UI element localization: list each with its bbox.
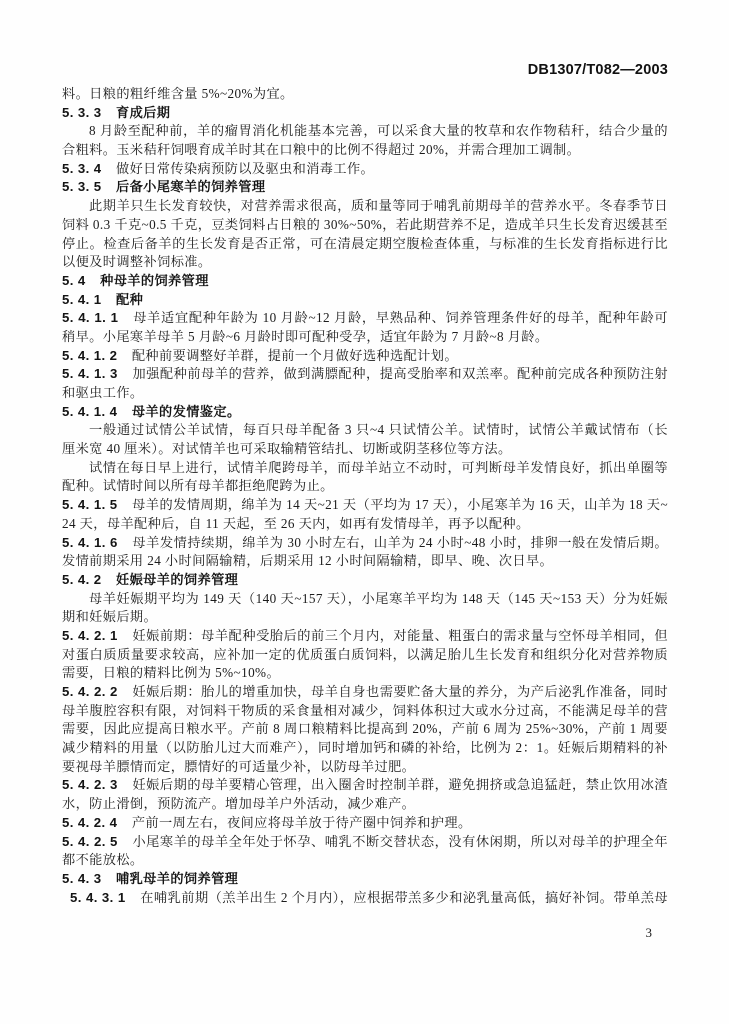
clause-number: 5. 4. 2. 5 [62, 834, 118, 849]
clause-number: 5. 4. 1. 1 [62, 310, 118, 325]
line-text: 母羊的发情鉴定。 [132, 404, 241, 419]
text-line: 5. 4. 2. 5小尾寒羊的母羊全年处于怀孕、哺乳不断交替状态，没有休闲期，所… [62, 833, 668, 852]
line-text: 此期羊只生长发育较快，对营养需求很高，质和量等同于哺乳前期母羊的营养水平。冬春季… [89, 198, 668, 216]
text-line: 5. 3. 3育成后期 [62, 104, 668, 123]
text-line: 5. 3. 4做好日常传染病预防以及驱虫和消毒工作。 [62, 160, 668, 179]
text-line: 5. 4. 3. 1在哺乳前期（羔羊出生 2 个月内），应根据带羔多少和泌乳量高… [62, 889, 668, 908]
clause-number: 5. 4. 1. 3 [62, 366, 118, 381]
line-text: 和驱虫工作。 [62, 385, 144, 400]
line-text: 产前一周左右，夜间应将母羊放于待产圈中饲养和护理。 [132, 815, 472, 830]
text-line: 饲料 0.3 千克~0.5 千克，豆类饲料占日粮的 30%~50%，若此期营养不… [62, 216, 668, 235]
clause-number: 5. 3. 4 [62, 161, 101, 176]
text-line: 5. 4. 2. 1妊娠前期：母羊配种受胎后的前三个月内，对能量、粗蛋白的需求量… [62, 627, 668, 646]
line-text: 妊娠母羊的饲养管理 [116, 572, 238, 587]
line-text: 在哺乳前期（羔羊出生 2 个月内），应根据带羔多少和泌乳量高低，搞好补饲。带单羔… [140, 890, 668, 905]
standard-number-header: DB1307/T082—2003 [528, 62, 668, 78]
text-line: 配种。试情时间以所有母羊都拒绝爬跨为止。 [62, 477, 668, 496]
clause-number: 5. 4. 1. 5 [62, 497, 118, 512]
clause-number: 5. 4. 1. 6 [62, 535, 118, 550]
clause-number: 5. 4 [62, 273, 86, 288]
clause-number: 5. 4. 2. 4 [62, 815, 117, 830]
text-line: 一般通过试情公羊试情，每百只母羊配备 3 只~4 只试情公羊。试情时，试情公羊戴… [62, 421, 668, 440]
text-line: 5. 4. 2妊娠母羊的饲养管理 [62, 571, 668, 590]
text-line: 5. 4. 1. 2配种前要调整好羊群，提前一个月做好选种选配计划。 [62, 347, 668, 366]
text-line: 厘米宽 40 厘米）。对试情羊也可采取输精管结扎、切断或阴茎移位等方法。 [62, 440, 668, 459]
line-text: 配种前要调整好羊群，提前一个月做好选种选配计划。 [132, 348, 458, 363]
text-line: 料。日粮的粗纤维含量 5%~20%为宜。 [62, 85, 668, 104]
line-text: 水，防止滑倒，预防流产。增加母羊户外活动，减少难产。 [62, 796, 415, 811]
text-line: 8 月龄至配种前，羊的瘤胃消化机能基本完善，可以采食大量的牧草和农作物秸秆，结合… [62, 122, 668, 141]
clause-number: 5. 4. 3. 1 [70, 890, 126, 905]
text-line: 5. 3. 5后备小尾寒羊的饲养管理 [62, 178, 668, 197]
page-number: 3 [646, 925, 653, 941]
text-line: 5. 4. 1. 1母羊适宜配种年龄为 10 月龄~12 月龄，早熟品种、饲养管… [62, 309, 668, 328]
text-line: 5. 4. 1. 5母羊的发情周期，绵羊为 14 天~21 天（平均为 17 天… [62, 496, 668, 515]
clause-number: 5. 4. 2. 3 [62, 777, 118, 792]
text-line: 需要，日粮的精料比例为 5%~10%。 [62, 664, 668, 683]
text-line: 5. 4. 1配种 [62, 291, 668, 310]
text-line: 5. 4. 2. 4产前一周左右，夜间应将母羊放于待产圈中饲养和护理。 [62, 814, 668, 833]
line-text: 母羊的发情周期，绵羊为 14 天~21 天（平均为 17 天），小尾寒羊为 16… [132, 497, 668, 512]
line-text: 24 天，母羊配种后，自 11 天起，至 26 天内，如再有发情母羊，再予以配种… [62, 516, 530, 531]
line-text: 配种 [116, 292, 143, 307]
text-line: 5. 4. 2. 3妊娠后期的母羊要精心管理，出入圈舍时控制羊群，避免拥挤或急追… [62, 776, 668, 795]
clause-number: 5. 3. 5 [62, 179, 101, 194]
line-text: 需要，因此应提高日粮水平。产前 8 周口粮精料比提高到 20%，产前 6 周为 … [62, 721, 668, 739]
line-text: 减少精料的用量（以防胎儿过大而难产），同时增加钙和磷的补给，比例为 2：1。妊娠… [62, 740, 668, 758]
line-text: 试情在每日早上进行，试情羊爬跨母羊，而母羊站立不动时，可判断母羊发情良好，抓出单… [89, 460, 668, 478]
text-line: 5. 4. 1. 4母羊的发情鉴定。 [62, 403, 668, 422]
clause-number: 5. 3. 3 [62, 105, 101, 120]
line-text: 稍早。小尾寒羊母羊 5 月龄~6 月龄时即可配种受孕，适宜年龄为 7 月龄~8 … [62, 329, 548, 344]
line-text: 母羊适宜配种年龄为 10 月龄~12 月龄，早熟品种、饲养管理条件好的母羊，配种… [133, 310, 668, 325]
text-line: 对蛋白质质量要求较高，应补加一定的优质蛋白质饲料，以满足胎儿生长发育和组织分化对… [62, 646, 668, 665]
line-text: 母羊妊娠期平均为 149 天（140 天~157 天），小尾寒羊平均为 148 … [89, 591, 668, 609]
text-line: 试情在每日早上进行，试情羊爬跨母羊，而母羊站立不动时，可判断母羊发情良好，抓出单… [62, 459, 668, 478]
clause-number: 5. 4. 1. 4 [62, 404, 117, 419]
line-text: 需要，日粮的精料比例为 5%~10%。 [62, 665, 280, 680]
line-text: 做好日常传染病预防以及驱虫和消毒工作。 [116, 161, 374, 176]
text-line: 都不能放松。 [62, 851, 668, 870]
line-text: 小尾寒羊的母羊全年处于怀孕、哺乳不断交替状态，没有休闲期，所以对母羊的护理全年 [132, 834, 668, 849]
line-text: 8 月龄至配种前，羊的瘤胃消化机能基本完善，可以采食大量的牧草和农作物秸秆，结合… [89, 123, 668, 141]
text-line: 母羊腹腔容积有限，对饲料干物质的采食量相对减少，饲料体积过大或水分过高，不能满足… [62, 702, 668, 721]
line-text: 期和妊娠后期。 [62, 609, 157, 624]
text-line: 此期羊只生长发育较快，对营养需求很高，质和量等同于哺乳前期母羊的营养水平。冬春季… [62, 197, 668, 216]
line-text: 发情前期采用 24 小时间隔输精，后期采用 12 小时间隔输精，即早、晚、次日早… [62, 553, 553, 568]
line-text: 厘米宽 40 厘米）。对试情羊也可采取输精管结扎、切断或阴茎移位等方法。 [62, 441, 512, 456]
text-line: 和驱虫工作。 [62, 384, 668, 403]
clause-number: 5. 4. 2 [62, 572, 101, 587]
line-text: 饲料 0.3 千克~0.5 千克，豆类饲料占日粮的 30%~50%，若此期营养不… [62, 217, 668, 232]
text-line: 需要，因此应提高日粮水平。产前 8 周口粮精料比提高到 20%，产前 6 周为 … [62, 720, 668, 739]
document-page: DB1307/T082—2003 料。日粮的粗纤维含量 5%~20%为宜。5. … [0, 0, 729, 1024]
text-line: 5. 4. 1. 6母羊发情持续期，绵羊为 30 小时左右，山羊为 24 小时~… [62, 534, 668, 553]
text-line: 稍早。小尾寒羊母羊 5 月龄~6 月龄时即可配种受孕，适宜年龄为 7 月龄~8 … [62, 328, 668, 347]
text-line: 发情前期采用 24 小时间隔输精，后期采用 12 小时间隔输精，即早、晚、次日早… [62, 552, 668, 571]
clause-number: 5. 4. 1. 2 [62, 348, 117, 363]
text-line: 水，防止滑倒，预防流产。增加母羊户外活动，减少难产。 [62, 795, 668, 814]
line-text: 种母羊的饲养管理 [100, 273, 209, 288]
document-body: 料。日粮的粗纤维含量 5%~20%为宜。5. 3. 3育成后期8 月龄至配种前，… [62, 85, 668, 907]
text-line: 减少精料的用量（以防胎儿过大而难产），同时增加钙和磷的补给，比例为 2：1。妊娠… [62, 739, 668, 758]
line-text: 育成后期 [116, 105, 170, 120]
text-line: 24 天，母羊配种后，自 11 天起，至 26 天内，如再有发情母羊，再予以配种… [62, 515, 668, 534]
line-text: 妊娠后期的母羊要精心管理，出入圈舍时控制羊群，避免拥挤或急追猛赶，禁止饮用冰渣 [132, 777, 668, 792]
text-line: 期和妊娠后期。 [62, 608, 668, 627]
text-line: 停止。检查后备羊的生长发育是否正常，可在清晨定期空腹检查体重，与标准的生长发育指… [62, 235, 668, 254]
line-text: 后备小尾寒羊的饲养管理 [116, 179, 265, 194]
line-text: 加强配种前母羊的营养，做到满膘配种，提高受胎率和双羔率。配种前完成各种预防注射 [132, 366, 668, 381]
clause-number: 5. 4. 2. 2 [62, 684, 118, 699]
text-line: 要视母羊膘情而定，膘情好的可适量少补，以防母羊过肥。 [62, 758, 668, 777]
line-text: 以便及时调整补饲标准。 [62, 254, 211, 269]
clause-number: 5. 4. 1 [62, 292, 101, 307]
line-text: 对蛋白质质量要求较高，应补加一定的优质蛋白质饲料，以满足胎儿生长发育和组织分化对… [62, 647, 668, 665]
line-text: 合粗料。玉米秸秆饲喂育成羊时其在口粮中的比例不得超过 20%，并需合理加工调制。 [62, 142, 580, 157]
clause-number: 5. 4. 2. 1 [62, 628, 118, 643]
line-text: 都不能放松。 [62, 852, 144, 867]
text-line: 以便及时调整补饲标准。 [62, 253, 668, 272]
clause-number: 5. 4. 3 [62, 871, 101, 886]
text-line: 5. 4. 1. 3加强配种前母羊的营养，做到满膘配种，提高受胎率和双羔率。配种… [62, 365, 668, 384]
line-text: 妊娠前期：母羊配种受胎后的前三个月内，对能量、粗蛋白的需求量与空怀母羊相同，但 [132, 628, 668, 643]
line-text: 母羊腹腔容积有限，对饲料干物质的采食量相对减少，饲料体积过大或水分过高，不能满足… [62, 703, 668, 721]
text-line: 合粗料。玉米秸秆饲喂育成羊时其在口粮中的比例不得超过 20%，并需合理加工调制。 [62, 141, 668, 160]
text-line: 5. 4. 2. 2妊娠后期：胎儿的增重加快，母羊自身也需要贮备大量的养分，为产… [62, 683, 668, 702]
line-text: 一般通过试情公羊试情，每百只母羊配备 3 只~4 只试情公羊。试情时，试情公羊戴… [89, 422, 668, 440]
line-text: 母羊发情持续期，绵羊为 30 小时左右，山羊为 24 小时~48 小时，排卵一般… [132, 535, 668, 550]
line-text: 妊娠后期：胎儿的增重加快，母羊自身也需要贮备大量的养分，为产后泌乳作准备，同时 [132, 684, 668, 699]
line-text: 配种。试情时间以所有母羊都拒绝爬跨为止。 [62, 478, 334, 493]
line-text: 哺乳母羊的饲养管理 [116, 871, 238, 886]
text-line: 5. 4. 3哺乳母羊的饲养管理 [62, 870, 668, 889]
line-text: 停止。检查后备羊的生长发育是否正常，可在清晨定期空腹检查体重，与标准的生长发育指… [62, 236, 668, 254]
text-line: 5. 4种母羊的饲养管理 [62, 272, 668, 291]
line-text: 要视母羊膘情而定，膘情好的可适量少补，以防母羊过肥。 [62, 759, 415, 774]
line-text: 料。日粮的粗纤维含量 5%~20%为宜。 [62, 86, 294, 101]
text-line: 母羊妊娠期平均为 149 天（140 天~157 天），小尾寒羊平均为 148 … [62, 590, 668, 609]
